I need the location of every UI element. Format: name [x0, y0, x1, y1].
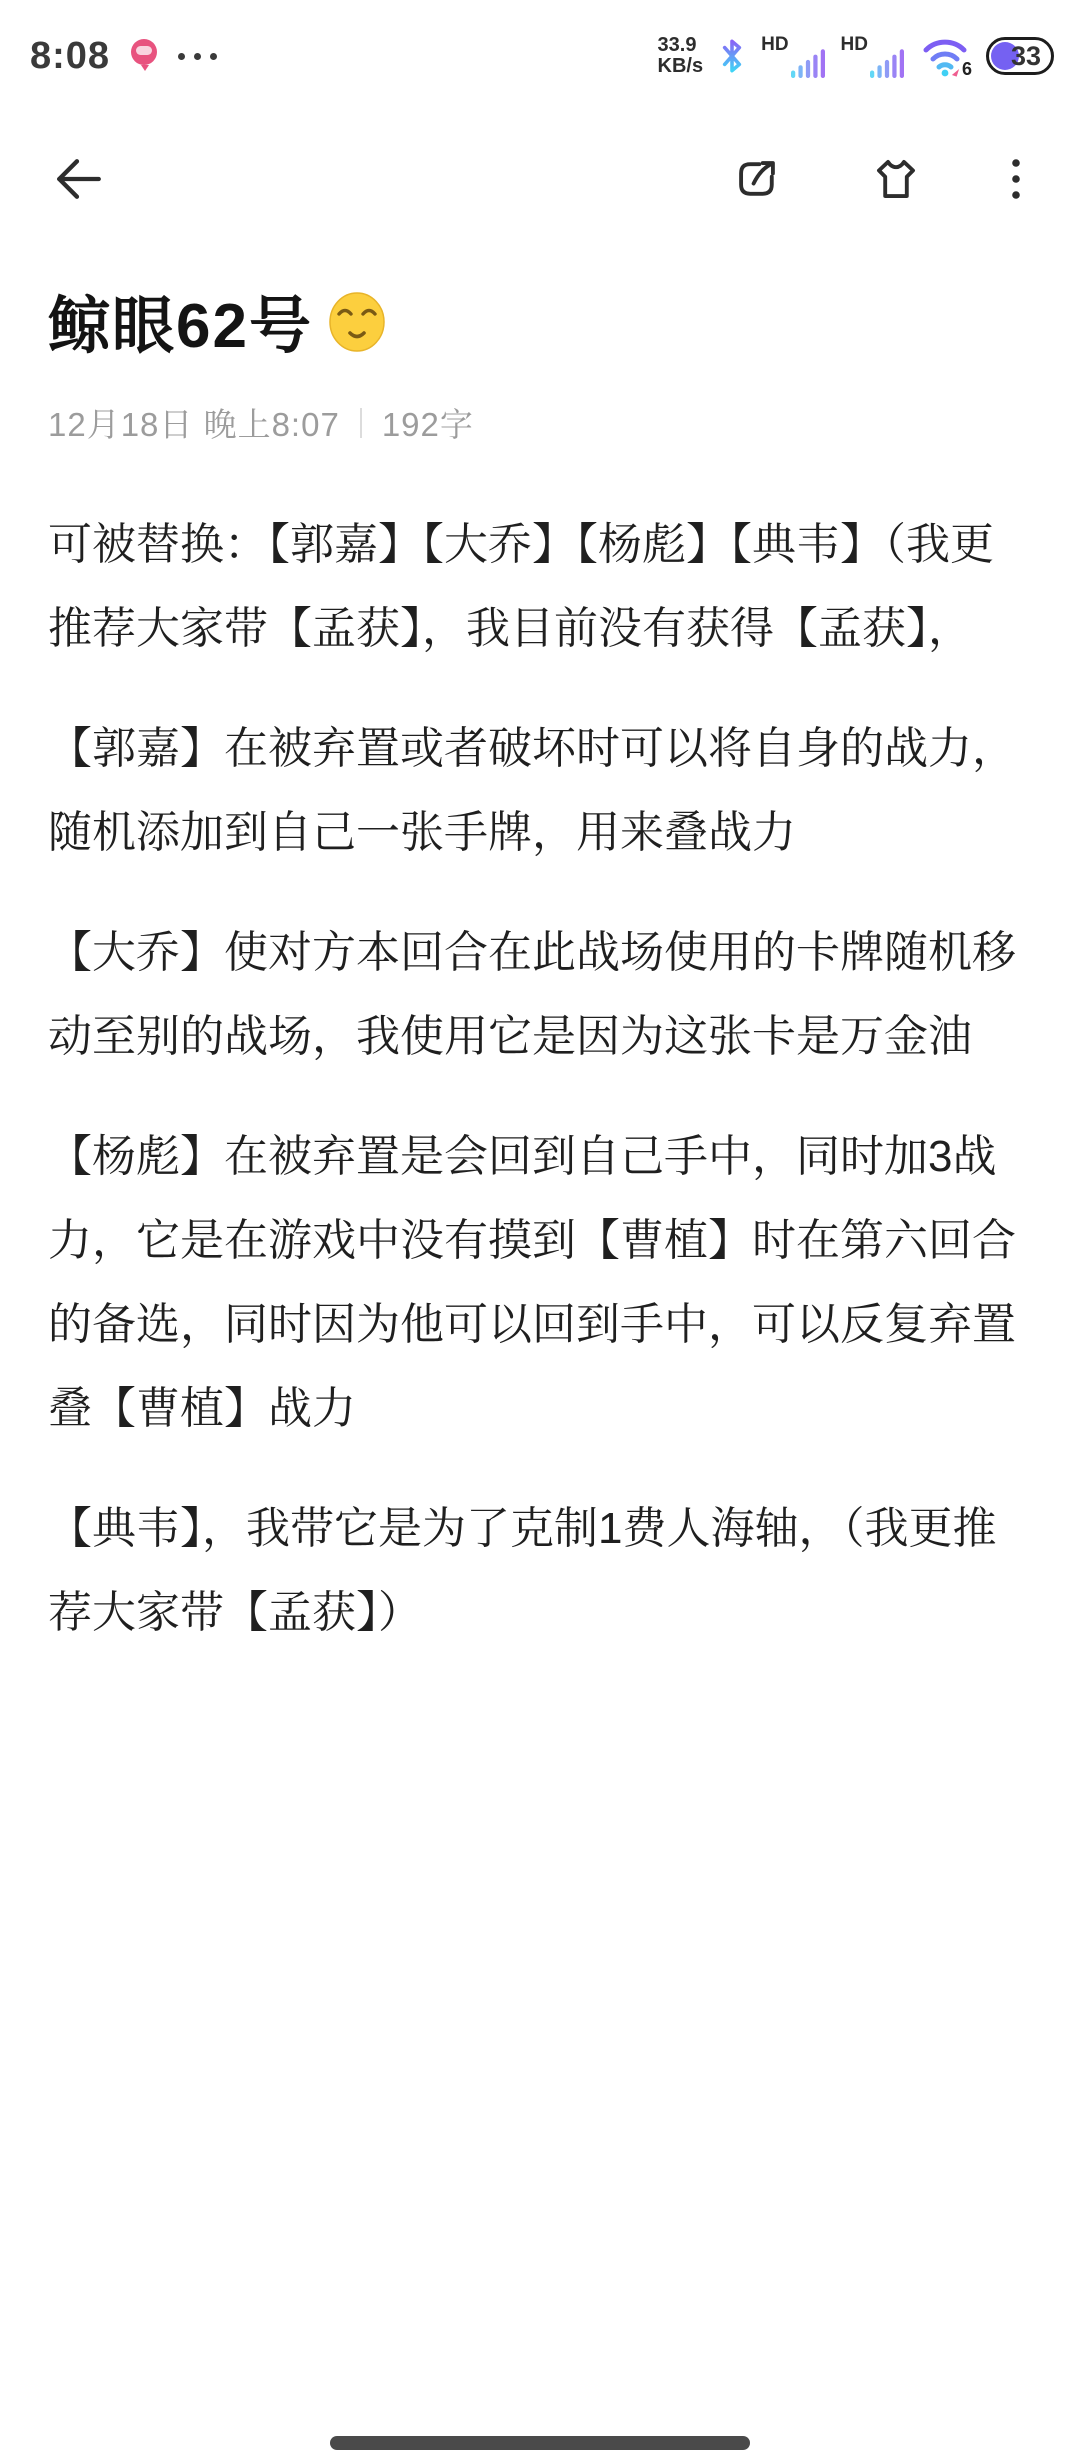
note-title[interactable]: 鲸眼62号 [48, 276, 1032, 365]
bluetooth-icon [719, 35, 745, 77]
note-meta: 12月18日 晚上8:07 192字 [48, 399, 1032, 446]
relieved-face-emoji-icon [325, 289, 389, 353]
home-indicator[interactable] [330, 2436, 750, 2450]
network-speed-value: 33.9 [658, 35, 704, 56]
back-arrow-icon [52, 154, 106, 204]
sim2-signal: HD [841, 34, 904, 78]
note-content: 鲸眼62号 12月18日 晚上8:07 192字 可被替换：【郭嘉】【大乔】【杨… [0, 276, 1080, 1655]
tshirt-icon [870, 154, 922, 204]
share-icon [732, 154, 782, 204]
note-paragraph[interactable]: 【典韦】，我带它是为了克制1费人海轴，（我更推荐大家带【孟获】） [48, 1487, 1032, 1655]
sim1-volte-label: HD [761, 34, 788, 56]
wifi-icon: 6 [920, 34, 970, 78]
note-paragraph[interactable]: 【杨彪】在被弃置是会回到自己手中，同时加3战力，它是在游戏中没有摸到【曹植】时在… [48, 1115, 1032, 1451]
more-notifications-icon [178, 53, 217, 60]
note-paragraph[interactable]: 【郭嘉】在被弃置或者破坏时可以将自身的战力，随机添加到自己一张手牌，用来叠战力 [48, 707, 1032, 875]
theme-button[interactable] [870, 154, 922, 204]
battery-percent: 33 [1011, 41, 1041, 72]
sim2-volte-label: HD [841, 34, 868, 56]
note-title-text: 鲸眼62号 [48, 276, 313, 365]
status-bar: 8:08 33.9 KB/s HD [0, 0, 1080, 92]
network-speed: 33.9 KB/s [658, 35, 704, 77]
notes-app-screen: 8:08 33.9 KB/s HD [0, 0, 1080, 2460]
note-datetime: 12月18日 晚上8:07 [48, 399, 340, 446]
toolbar-actions [732, 154, 1022, 204]
kebab-menu-icon [1010, 154, 1022, 204]
status-bar-right: 33.9 KB/s HD HD [658, 34, 1054, 78]
meta-divider [360, 408, 362, 438]
back-button[interactable] [52, 154, 106, 204]
note-paragraph[interactable]: 【大乔】使对方本回合在此战场使用的卡牌随机移动至别的战场，我使用它是因为这张卡是… [48, 911, 1032, 1079]
share-button[interactable] [732, 154, 782, 204]
wifi6-label: 6 [962, 59, 972, 80]
status-bar-left: 8:08 [30, 35, 217, 78]
notification-app-icon [130, 39, 158, 73]
battery-indicator: 33 [986, 37, 1054, 75]
signal-bars-icon [791, 46, 825, 78]
clock: 8:08 [30, 35, 110, 78]
note-word-count: 192字 [382, 399, 474, 446]
sim1-signal: HD [761, 34, 824, 78]
note-paragraph[interactable]: 可被替换：【郭嘉】【大乔】【杨彪】【典韦】（我更推荐大家带【孟获】，我目前没有获… [48, 503, 1032, 671]
note-body[interactable]: 可被替换：【郭嘉】【大乔】【杨彪】【典韦】（我更推荐大家带【孟获】，我目前没有获… [48, 503, 1032, 1655]
signal-bars-icon [870, 46, 904, 78]
more-options-button[interactable] [1010, 154, 1022, 204]
note-toolbar [0, 146, 1080, 212]
network-speed-unit: KB/s [658, 56, 704, 77]
